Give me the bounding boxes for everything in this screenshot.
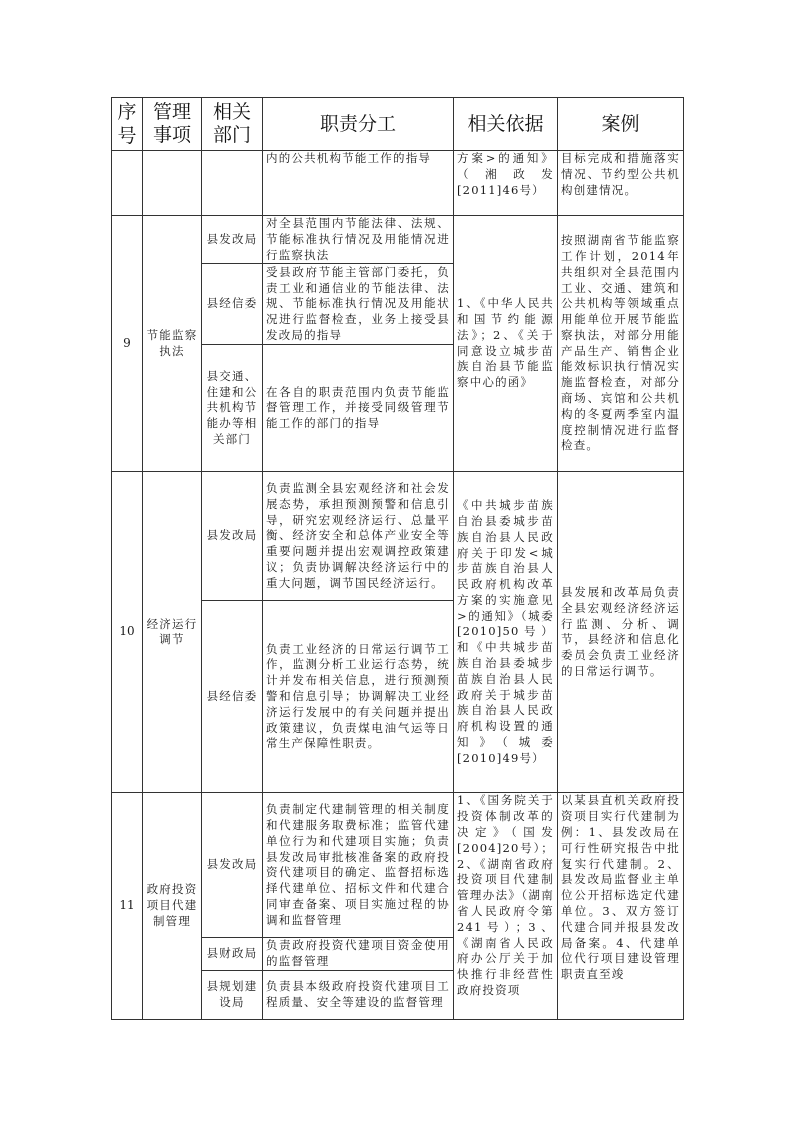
cell-dept: 县财政局 xyxy=(202,938,263,971)
cell-basis: 方案>的通知》（湘政发[2011]46号） xyxy=(454,151,558,216)
cell-dept: 县经信委 xyxy=(202,264,263,345)
header-duty: 职责分工 xyxy=(263,98,454,151)
table-row-11: 11 政府投资项目代建制管理 县发改局 负责制定代建制管理的相关制度和代建服务取… xyxy=(112,793,684,938)
cell-duty: 负责政府投资代建项目资金使用的监督管理 xyxy=(263,938,454,971)
cell-dept: 县发改局 xyxy=(202,793,263,938)
header-item: 管理事项 xyxy=(143,98,202,151)
cell-basis: 1、《中华人民共和国节约能源法》；2、《关于同意设立城步苗族自治县节能监察中心的… xyxy=(454,216,558,472)
cell-duty: 在各自的职责范围内负责节能监督管理工作，并接受同级管理节能工作的部门的指导 xyxy=(263,345,454,472)
cell-duty: 负责县本级政府投资代建项目工程质量、安全等建设的监督管理 xyxy=(263,970,454,1019)
cell-duty: 负责制定代建制管理的相关制度和代建服务取费标准；监管代建单位行为和代建项目实施；… xyxy=(263,793,454,938)
cell-dept: 县交通、住建和公共机构节能办等相关部门 xyxy=(202,345,263,472)
cell-case: 目标完成和措施落实情况、节约型公共机构创建情况。 xyxy=(558,151,684,216)
cell-dept: 县发改局 xyxy=(202,216,263,264)
table-row-continued: 内的公共机构节能工作的指导 方案>的通知》（湘政发[2011]46号） 目标完成… xyxy=(112,151,684,216)
cell-duty: 内的公共机构节能工作的指导 xyxy=(263,151,454,216)
cell-item: 节能监察执法 xyxy=(143,216,202,472)
cell-basis: 《中共城步苗族自治县委城步苗族自治县人民政府关于印发<城步苗族自治县人民政府机构… xyxy=(454,472,558,793)
cell-case: 县发展和改革局负责全县宏观经济经济运行监测、分析、调节，县经济和信息化委员会负责… xyxy=(558,472,684,793)
cell-seq: 10 xyxy=(112,472,143,793)
header-basis: 相关依据 xyxy=(454,98,558,151)
cell-item xyxy=(143,151,202,216)
cell-seq xyxy=(112,151,143,216)
cell-dept xyxy=(202,151,263,216)
duty-division-table: 序号 管理事项 相关部门 职责分工 相关依据 案例 内的公共机构节能工作的指导 … xyxy=(111,97,684,1020)
table-row-9: 9 节能监察执法 县发改局 对全县范围内节能法律、法规、节能标准执行情况及用能情… xyxy=(112,216,684,264)
header-case: 案例 xyxy=(558,98,684,151)
cell-case: 以某县直机关政府投资项目实行代建制为例：1、县发改局在可行性研究报告中批复实行代… xyxy=(558,793,684,1020)
cell-seq: 9 xyxy=(112,216,143,472)
cell-duty: 对全县范围内节能法律、法规、节能标准执行情况及用能情况进行监察执法 xyxy=(263,216,454,264)
cell-dept: 县经信委 xyxy=(202,601,263,793)
cell-dept: 县发改局 xyxy=(202,472,263,601)
header-seq: 序号 xyxy=(112,98,143,151)
table-row-10: 10 经济运行调节 县发改局 负责监测全县宏观经济和社会发展态势，承担预测预警和… xyxy=(112,472,684,601)
table-header-row: 序号 管理事项 相关部门 职责分工 相关依据 案例 xyxy=(112,98,684,151)
cell-basis: 1、《国务院关于投资体制改革的决定》（国发[2004]20号）；2、《湖南省政府… xyxy=(454,793,558,1020)
cell-duty: 负责工业经济的日常运行调节工作，监测分析工业运行态势，统计并发布相关信息，进行预… xyxy=(263,601,454,793)
cell-duty: 负责监测全县宏观经济和社会发展态势，承担预测预警和信息引导，研究宏观经济运行、总… xyxy=(263,472,454,601)
cell-dept: 县规划建设局 xyxy=(202,970,263,1019)
cell-case: 按照湖南省节能监察工作计划，2014年共组织对全县范围内工业、交通、建筑和公共机… xyxy=(558,216,684,472)
cell-item: 政府投资项目代建制管理 xyxy=(143,793,202,1020)
cell-duty: 受县政府节能主管部门委托，负责工业和通信业的节能法律、法规、节能标准执行情况及用… xyxy=(263,264,454,345)
cell-item: 经济运行调节 xyxy=(143,472,202,793)
header-dept: 相关部门 xyxy=(202,98,263,151)
cell-seq: 11 xyxy=(112,793,143,1020)
